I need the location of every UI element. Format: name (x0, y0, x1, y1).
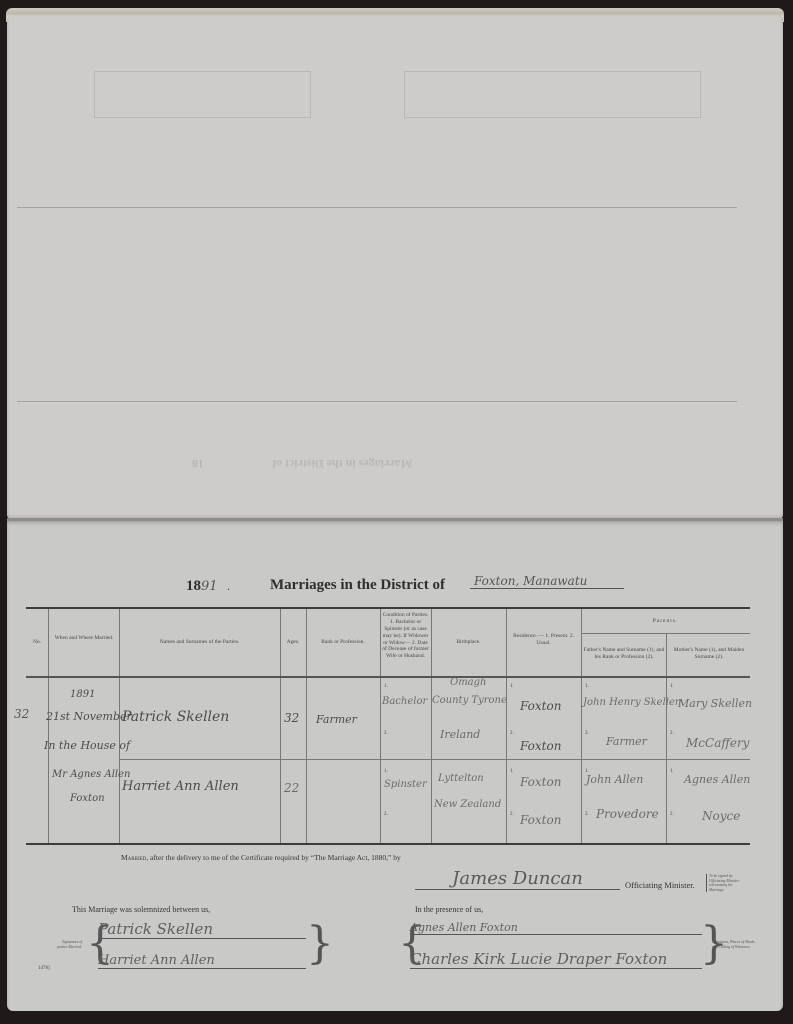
presence-label: In the presence of us, (415, 905, 483, 914)
bride-residence-present: Foxton (520, 775, 561, 789)
facing-page: Marriages in the District of 18 (7, 16, 783, 519)
header-birthplace: Birthplace. (431, 639, 506, 646)
item-label: 1. (384, 684, 388, 689)
item-label: 2. (585, 731, 589, 736)
bride-condition: Spinster (384, 779, 427, 790)
header-residence: Residence. — 1. Present. 2. Usual. (511, 633, 576, 647)
item-label: 1. (384, 769, 388, 774)
parties-note: Signatures of parties Married. (52, 940, 82, 949)
parents-rule (581, 633, 750, 634)
item-label: 2. (384, 731, 388, 736)
groom-birthplace-3: Ireland (440, 728, 480, 741)
witness-signature-1: Agnes Allen Foxton (410, 921, 702, 935)
bride-name: Harriet Ann Allen (122, 779, 239, 794)
entry-date: 21st November (46, 710, 132, 723)
groom-residence-present: Foxton (520, 699, 561, 713)
groom-age: 32 (284, 711, 299, 725)
groom-father-name: John Henry Skellen (583, 697, 681, 708)
ghost-title: Marriages in the District of (272, 456, 412, 471)
groom-rank: Farmer (316, 713, 357, 726)
witness-signature-2: Charles Kirk Lucie Draper Foxton (410, 950, 702, 969)
item-label: 2. (510, 731, 514, 736)
ghost-rule-lower (17, 401, 737, 402)
col-divider (666, 633, 667, 843)
ghost-year: 18 (192, 456, 204, 471)
bride-birthplace-1: Lyttelton (438, 773, 484, 784)
groom-mother-name: Mary Skellen (678, 697, 752, 710)
item-label: 2. (670, 812, 674, 817)
solemnized-label: This Marriage was solemnized between us, (72, 905, 210, 914)
groom-signature: Patrick Skellen (98, 920, 306, 939)
bride-signature: Harriet Ann Allen (98, 953, 306, 969)
entry-number: 32 (14, 707, 29, 721)
header-names: Names and Surnames of the Parties. (119, 639, 280, 646)
witness-note: Signatures, Places of Abode, and Calling… (712, 940, 757, 949)
header-rule (26, 676, 750, 678)
register-year: 1891 . (186, 578, 230, 595)
col-divider (48, 609, 49, 843)
header-condition: Condition of Parties. 1. Bachelor or Spi… (382, 612, 429, 660)
bride-age: 22 (284, 781, 299, 795)
header-mother: Mother's Name (1), and Maiden Surname (2… (668, 647, 750, 661)
entry-place-2: Mr Agnes Allen (52, 769, 130, 780)
header-no: No. (26, 639, 48, 646)
item-label: 1. (510, 769, 514, 774)
header-parents: Parents. (581, 618, 750, 625)
minister-signature: James Duncan (415, 868, 620, 890)
groom-birthplace-2: County Tyrone (432, 695, 507, 706)
minister-label: Officiating Minister. (625, 880, 695, 890)
bride-father-rank: Provedore (596, 807, 659, 821)
bride-birthplace-2: New Zealand (434, 799, 501, 810)
item-label: 1. (670, 684, 674, 689)
married-smallcaps: Married (121, 853, 146, 862)
ghost-box-right (404, 71, 701, 118)
row-rule (119, 759, 750, 760)
col-divider (506, 609, 507, 843)
item-label: 2. (585, 812, 589, 817)
bride-mother-maiden: Noyce (702, 809, 740, 823)
right-brace-icon: } (306, 922, 334, 966)
register-title: Marriages in the District of (270, 577, 445, 594)
form-number: 1478] (38, 966, 50, 971)
col-divider (380, 609, 381, 843)
year-handwritten: 91 (201, 579, 218, 594)
col-divider (581, 609, 582, 843)
married-statement: Married, after the delivery to me of the… (121, 853, 401, 862)
bride-mother-name: Agnes Allen (684, 773, 750, 786)
header-ages: Ages. (280, 639, 306, 646)
marriage-register-table: No. When and Where Married. Names and Su… (26, 607, 750, 845)
bride-residence-usual: Foxton (520, 813, 561, 827)
ghost-rule (17, 207, 737, 208)
header-when-where: When and Where Married. (52, 635, 116, 642)
groom-father-rank: Farmer (606, 735, 647, 748)
header-father: Father's Name and Surname (1), and his R… (583, 647, 665, 661)
header-rank: Rank or Profession. (306, 639, 380, 646)
bride-father-name: John Allen (586, 773, 643, 786)
groom-condition: Bachelor (382, 696, 427, 707)
ghost-box-left (94, 71, 311, 118)
item-label: 2. (510, 812, 514, 817)
district-name: Foxton, Manawatu (470, 574, 624, 589)
minister-note: To be signed by Officiating Minister sol… (706, 874, 749, 892)
entry-year: 1891 (70, 689, 95, 700)
year-printed: 18 (186, 578, 201, 594)
entry-place-3: Foxton (70, 793, 105, 804)
married-text: , after the delivery to me of the Certif… (146, 853, 400, 862)
groom-birthplace-1: Omagh (450, 677, 486, 688)
item-label: 1. (510, 684, 514, 689)
year-dot: . (227, 582, 230, 593)
groom-name: Patrick Skellen (122, 709, 229, 725)
item-label: 1. (585, 684, 589, 689)
item-label: 1. (670, 769, 674, 774)
groom-residence-usual: Foxton (520, 739, 561, 753)
item-label: 2. (384, 812, 388, 817)
entry-place-1: In the House of (44, 739, 130, 752)
groom-mother-maiden: McCaffery (686, 736, 749, 750)
item-label: 2. (670, 731, 674, 736)
